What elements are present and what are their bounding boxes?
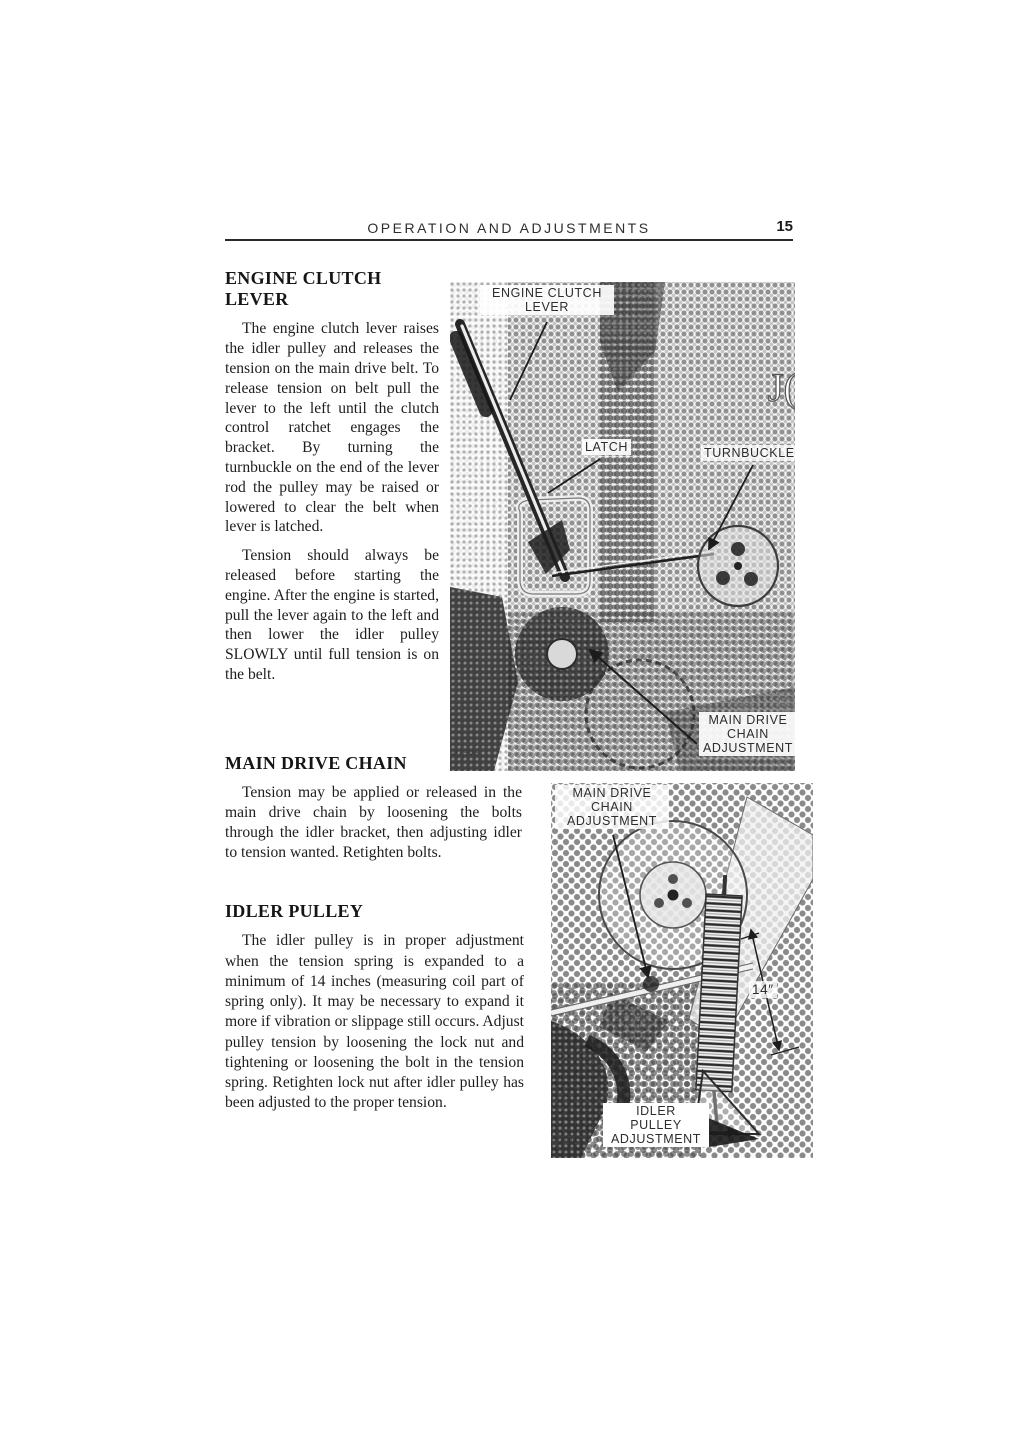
manual-page: OPERATION AND ADJUSTMENTS 15 ENGINE CLUT… <box>0 0 1024 1449</box>
page-number: 15 <box>720 218 793 235</box>
body-paragraph: The engine clutch lever raises the idler… <box>225 319 439 537</box>
figure1-watermark-letters: J( <box>768 364 795 411</box>
figure1-label-engine-clutch-lever: ENGINE CLUTCH LEVER <box>480 285 614 315</box>
figure1-label-main-drive-chain-adjustment: MAIN DRIVE CHAIN ADJUSTMENT <box>699 712 795 756</box>
figure2-label-dimension-14in: 14″ <box>749 981 777 998</box>
figure2-label-main-drive-chain-adjustment: MAIN DRIVE CHAIN ADJUSTMENT <box>555 785 669 829</box>
section-engine-clutch-lever: ENGINE CLUTCH LEVER The engine clutch le… <box>225 268 439 685</box>
header-rule <box>225 239 793 241</box>
figure2-machinery-art <box>551 783 813 1158</box>
figure1-machinery-art <box>450 282 795 771</box>
figure1-label-turnbuckle: TURNBUCKLE <box>701 445 795 461</box>
body-paragraph: Tension may be applied or released in th… <box>225 783 522 862</box>
section-heading: MAIN DRIVE CHAIN <box>225 753 522 774</box>
section-heading: IDLER PULLEY <box>225 901 524 922</box>
section-idler-pulley: IDLER PULLEY The idler pulley is in prop… <box>225 901 524 1114</box>
body-paragraph: Tension should always be released before… <box>225 546 439 685</box>
figure-engine-clutch-lever: ENGINE CLUTCH LEVER LATCH TURNBUCKLE MAI… <box>450 282 795 771</box>
figure-idler-pulley-adjustment: MAIN DRIVE CHAIN ADJUSTMENT 14″ IDLER PU… <box>551 783 813 1158</box>
figure1-label-latch: LATCH <box>582 439 631 455</box>
body-paragraph: The idler pulley is in proper adjustment… <box>225 931 524 1113</box>
figure2-label-idler-pulley-adjustment: IDLER PULLEY ADJUSTMENT <box>603 1103 709 1147</box>
running-head-title: OPERATION AND ADJUSTMENTS <box>225 220 793 236</box>
figure2-photo-id: 4156 <box>553 1133 577 1144</box>
section-heading: ENGINE CLUTCH LEVER <box>225 268 439 310</box>
section-main-drive-chain: MAIN DRIVE CHAIN Tension may be applied … <box>225 753 522 862</box>
